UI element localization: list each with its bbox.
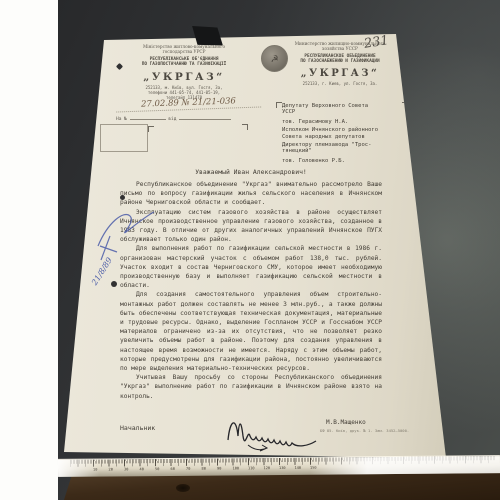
org-line: ПО ГАЗОПОСТАЧАННЮ ТА ГАЗИФІКАЦІЇ (114, 62, 254, 67)
stamp-placeholder-box (100, 124, 148, 152)
blank-line (130, 115, 166, 120)
corner-mark (242, 124, 248, 130)
recipient-block: Депутату Верховного СоветаУССРтов. Герас… (282, 103, 406, 164)
letter-document: Міністерство житлово-комунального господ… (64, 34, 448, 458)
signoff-title: Начальник (120, 424, 155, 432)
print-shop-note: БФ 85. Київ, друк. № 1. Зам. 3452—5000. (320, 428, 409, 433)
ruler-number: 140 (294, 465, 301, 469)
body-paragraph: Для создания самостоятельного управления… (120, 290, 382, 373)
salutation: Уважаемый Иван Александрович! (120, 168, 382, 176)
punch-hole (111, 281, 117, 287)
ministry-line: господарства УРСР (114, 49, 254, 54)
vid-label: від (168, 117, 176, 122)
letterhead-left: Міністерство житлово-комунального господ… (114, 44, 254, 100)
hammer-sickle-glyph: ☭ (271, 52, 278, 65)
blank-line (179, 115, 231, 120)
ruler-number: 60 (170, 466, 174, 470)
ruler-glare (310, 456, 500, 475)
ruler-number: 70 (186, 466, 190, 470)
wood-knot (176, 484, 190, 492)
na-label: На № (116, 117, 127, 122)
ruler-number: 110 (248, 466, 255, 470)
ruler-number: 30 (124, 467, 128, 471)
recipient-line: УССР (282, 109, 406, 115)
recipient-line: Совета народных депутатов (282, 134, 406, 140)
ruler-number: 80 (201, 466, 205, 470)
recipient-line: тов. Головенко Р.Б. (282, 158, 406, 164)
photo-background: Міністерство житлово-комунального господ… (58, 0, 500, 500)
address-line: 252133, г. Киев, ул. Гостя, 3а. (278, 82, 402, 87)
ruler-glare (58, 460, 100, 477)
ruler-number: 130 (279, 465, 286, 469)
ruler-number: 50 (155, 467, 159, 471)
org-line: ПО ГАЗОСНАБЖЕНИЮ И ГАЗИФИКАЦИИ (278, 59, 402, 64)
org-brand-name: „УКРГАЗ“ (114, 71, 254, 83)
reference-line: На № від (116, 115, 266, 122)
body-paragraph: Учитывая Вашу просьбу со стороны Республ… (120, 373, 382, 401)
ruler-number: 100 (232, 466, 239, 470)
signature-ink (214, 406, 334, 451)
measuring-ruler: 102030405060708090100110120130140150 (58, 455, 500, 477)
ruler-number: 20 (109, 467, 113, 471)
org-brand-name: „УКРГАЗ“ (278, 68, 402, 79)
pen-flourish-ink (90, 200, 160, 262)
signoff-name: М.В.Мащенко (326, 419, 366, 426)
recipient-line: тов. Герасимову Н.А. (282, 119, 406, 125)
corner-mark (148, 126, 154, 132)
recipient-line: тянецкий" (282, 148, 406, 154)
ruler-number: 90 (217, 466, 221, 470)
ruler-number: 40 (140, 467, 144, 471)
ruler-number: 120 (263, 466, 270, 470)
